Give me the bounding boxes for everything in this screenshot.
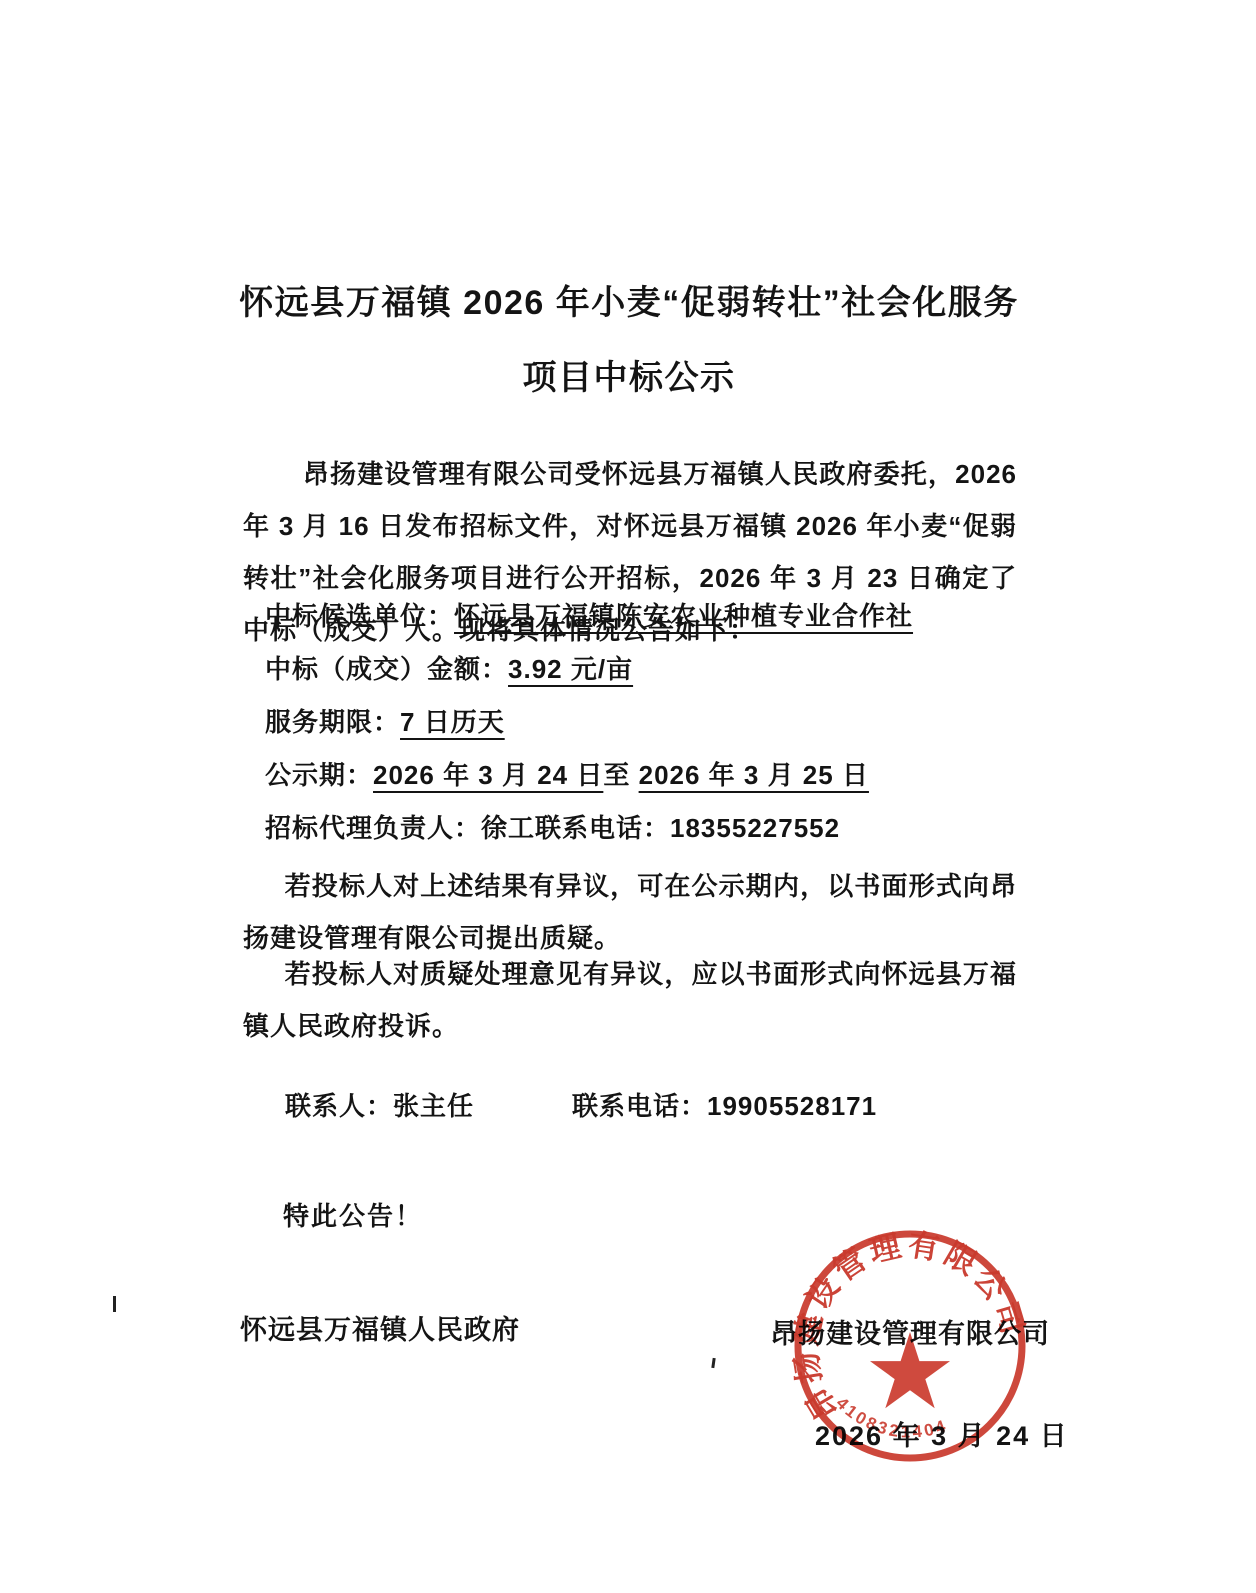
amount-field: 中标（成交）金额：3.92 元/亩	[265, 649, 1017, 702]
contact-label: 联系人：	[285, 1091, 393, 1121]
signature-left-org: 怀远县万福镇人民政府	[240, 1308, 520, 1347]
objection-paragraph-2: 若投标人对质疑处理意见有异议，应以书面形式向怀远县万福镇人民政府投诉。	[243, 948, 1017, 1052]
agent-name: 徐工	[481, 813, 535, 843]
contact-row: 联系人：张主任 联系电话：19905528171	[285, 1086, 1017, 1123]
publicity-start-date: 2026 年 3 月 24 日	[373, 760, 603, 790]
contact-phone-number: 19905528171	[707, 1091, 877, 1121]
duration-field: 服务期限：7 日历天	[265, 702, 1017, 755]
company-seal-stamp: 昂扬建设管理有限公司 4108321404	[788, 1224, 1032, 1468]
publicity-separator: 至	[603, 760, 630, 790]
agent-phone-number: 18355227552	[670, 813, 840, 843]
announcement-document: 怀远县万福镇 2026 年小麦“促弱转壮”社会化服务项目中标公示 昂扬建设管理有…	[0, 0, 1256, 1593]
publicity-end-date: 2026 年 3 月 25 日	[639, 760, 869, 790]
duration-label: 服务期限：	[265, 707, 400, 737]
closing-statement: 特此公告！	[283, 1196, 423, 1233]
winner-label: 中标候选单位：	[265, 601, 454, 631]
duration-value: 7 日历天	[400, 707, 505, 737]
contact-phone-group: 联系电话：19905528171	[572, 1086, 877, 1123]
agent-phone-label: 联系电话：	[535, 813, 670, 843]
page-title: 怀远县万福镇 2026 年小麦“促弱转壮”社会化服务项目中标公示	[230, 266, 1028, 416]
winner-value: 怀远县万福镇陈安农业种植专业合作社	[454, 601, 913, 631]
publicity-label: 公示期：	[265, 760, 373, 790]
agent-phone-group: 联系电话：18355227552	[535, 808, 840, 845]
scan-artifact-mark	[113, 1296, 116, 1312]
contact-phone-label: 联系电话：	[572, 1091, 707, 1121]
agent-field: 招标代理负责人：徐工 联系电话：18355227552	[265, 808, 1017, 861]
award-fields: 中标候选单位：怀远县万福镇陈安农业种植专业合作社 中标（成交）金额：3.92 元…	[265, 596, 1017, 861]
agent-label: 招标代理负责人：	[265, 813, 481, 843]
winner-field: 中标候选单位：怀远县万福镇陈安农业种植专业合作社	[265, 596, 1017, 649]
contact-name: 张主任	[393, 1091, 474, 1121]
amount-value: 3.92 元/亩	[508, 654, 633, 684]
scan-artifact-mark	[711, 1358, 715, 1368]
publicity-period-field: 公示期：2026 年 3 月 24 日至 2026 年 3 月 25 日	[265, 755, 1017, 808]
seal-company-arc-text: 昂扬建设管理有限公司	[788, 1227, 1031, 1426]
red-star-icon	[870, 1332, 950, 1408]
amount-label: 中标（成交）金额：	[265, 654, 508, 684]
